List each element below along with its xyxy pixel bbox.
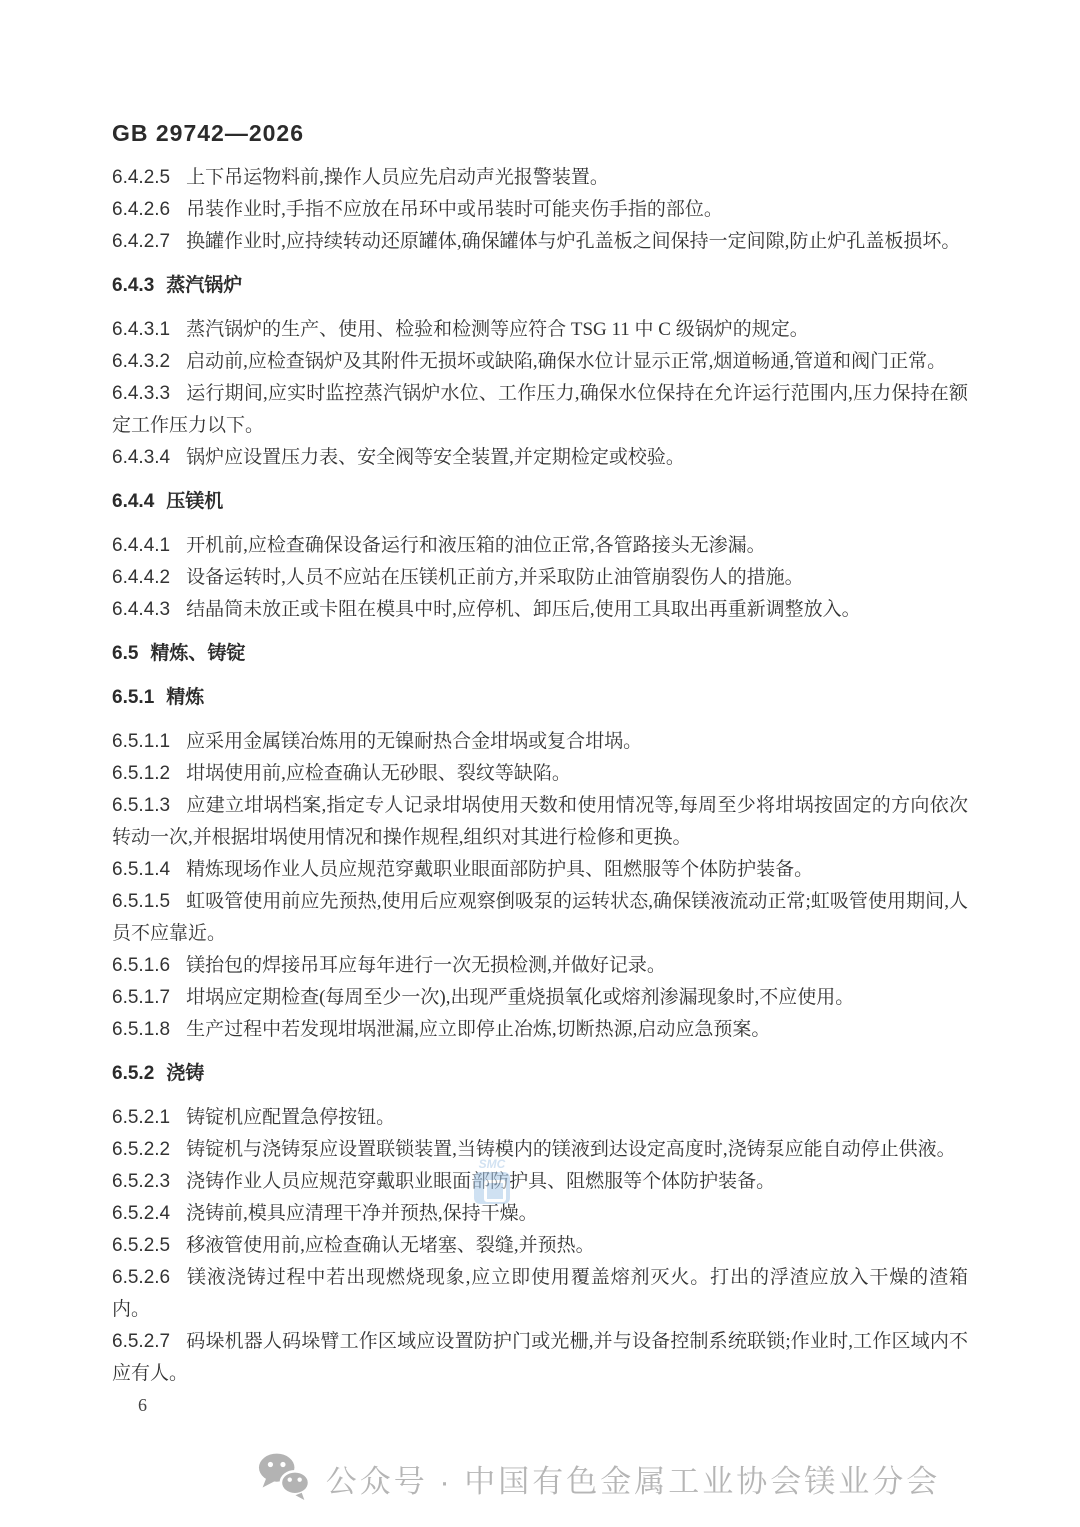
- clause-6.5.2.4: 6.5.2.4浇铸前,模具应清理干净并预热,保持干燥。: [112, 1198, 968, 1230]
- clause-text: 启动前,应检查锅炉及其附件无损坏或缺陷,确保水位计显示正常,烟道畅通,管道和阀门…: [186, 351, 946, 372]
- clause-text: 坩埚应定期检查(每周至少一次),出现严重烧损氧化或熔剂渗漏现象时,不应使用。: [186, 987, 854, 1008]
- clause-6.4.4.3: 6.4.4.3结晶筒未放正或卡阻在模具中时,应停机、卸压后,使用工具取出再重新调…: [112, 594, 968, 626]
- clause-6.5.1.3: 6.5.1.3应建立坩埚档案,指定专人记录坩埚使用天数和使用情况等,每周至少将坩…: [112, 790, 968, 854]
- clause-number: 6.5.2.2: [112, 1139, 186, 1160]
- clause-6.5.1.5: 6.5.1.5虹吸管使用前应先预热,使用后应观察倒吸泵的运转状态,确保镁液流动正…: [112, 886, 968, 950]
- clause-number: 6.5.1.4: [112, 859, 186, 880]
- clause-6.5.1.6: 6.5.1.6镁抬包的焊接吊耳应每年进行一次无损检测,并做好记录。: [112, 950, 968, 982]
- clause-number: 6.4.4: [112, 491, 166, 512]
- clause-6.5.2.1: 6.5.2.1铸锭机应配置急停按钮。: [112, 1102, 968, 1134]
- clause-6.5.1.1: 6.5.1.1应采用金属镁冶炼用的无镍耐热合金坩埚或复合坩埚。: [112, 726, 968, 758]
- clause-number: 6.5.2.5: [112, 1235, 186, 1256]
- clause-text: 锅炉应设置压力表、安全阀等安全装置,并定期检定或校验。: [186, 447, 685, 468]
- clause-text: 浇铸前,模具应清理干净并预热,保持干燥。: [186, 1203, 538, 1224]
- clause-text: 码垛机器人码垛臂工作区域应设置防护门或光栅,并与设备控制系统联锁;作业时,工作区…: [112, 1331, 968, 1384]
- clause-text: 应采用金属镁冶炼用的无镍耐热合金坩埚或复合坩埚。: [186, 731, 642, 752]
- clause-number: 6.5.1.2: [112, 763, 186, 784]
- clause-text: 精炼现场作业人员应规范穿戴职业眼面部防护具、阻燃服等个体防护装备。: [186, 859, 813, 880]
- wechat-icon: [256, 1452, 312, 1505]
- clause-number: 6.5.2.3: [112, 1171, 186, 1192]
- section-title: 浇铸: [166, 1063, 204, 1084]
- clause-number: 6.5.1.6: [112, 955, 186, 976]
- clause-text: 铸锭机应配置急停按钮。: [186, 1107, 395, 1128]
- wechat-footer: 公众号 · 中国有色金属工业协会镁业分会: [0, 1452, 1080, 1505]
- clause-number: 6.4.4.2: [112, 567, 186, 588]
- clause-text: 运行期间,应实时监控蒸汽锅炉水位、工作压力,确保水位保持在允许运行范围内,压力保…: [112, 383, 968, 436]
- section-title: 精炼、铸锭: [150, 643, 245, 664]
- clause-number: 6.5.1: [112, 687, 166, 708]
- clause-number: 6.5.2.7: [112, 1331, 186, 1352]
- clause-text: 吊装作业时,手指不应放在吊环中或吊装时可能夹伤手指的部位。: [186, 199, 723, 220]
- clause-number: 6.5.1.5: [112, 891, 186, 912]
- clause-6.4.3.3: 6.4.3.3运行期间,应实时监控蒸汽锅炉水位、工作压力,确保水位保持在允许运行…: [112, 378, 968, 442]
- clause-text: 移液管使用前,应检查确认无堵塞、裂缝,并预热。: [186, 1235, 595, 1256]
- clause-text: 浇铸作业人员应规范穿戴职业眼面部防护具、阻燃服等个体防护装备。: [186, 1171, 775, 1192]
- clause-number: 6.5.2.6: [112, 1267, 186, 1288]
- clause-text: 应建立坩埚档案,指定专人记录坩埚使用天数和使用情况等,每周至少将坩埚按固定的方向…: [112, 795, 968, 848]
- document-body: 6.4.2.5上下吊运物料前,操作人员应先启动声光报警装置。6.4.2.6吊装作…: [112, 162, 968, 1390]
- clause-number: 6.4.2.5: [112, 167, 186, 188]
- clause-number: 6.5.1.1: [112, 731, 186, 752]
- clause-text: 镁液浇铸过程中若出现燃烧现象,应立即使用覆盖熔剂灭火。打出的浮渣应放入干燥的渣箱…: [112, 1267, 968, 1320]
- clause-number: 6.5: [112, 643, 150, 664]
- clause-number: 6.5.2.4: [112, 1203, 186, 1224]
- section-title: 精炼: [166, 687, 204, 708]
- clause-6.4.3.1: 6.4.3.1蒸汽锅炉的生产、使用、检验和检测等应符合 TSG 11 中 C 级…: [112, 314, 968, 346]
- clause-number: 6.5.1.7: [112, 987, 186, 1008]
- clause-text: 生产过程中若发现坩埚泄漏,应立即停止冶炼,切断热源,启动应急预案。: [186, 1019, 770, 1040]
- clause-6.4.2.5: 6.4.2.5上下吊运物料前,操作人员应先启动声光报警装置。: [112, 162, 968, 194]
- clause-6.5.1.4: 6.5.1.4精炼现场作业人员应规范穿戴职业眼面部防护具、阻燃服等个体防护装备。: [112, 854, 968, 886]
- clause-number: 6.4.3.4: [112, 447, 186, 468]
- clause-text: 换罐作业时,应持续转动还原罐体,确保罐体与炉孔盖板之间保持一定间隙,防止炉孔盖板…: [186, 231, 960, 252]
- clause-6.5.1.2: 6.5.1.2坩埚使用前,应检查确认无砂眼、裂纹等缺陷。: [112, 758, 968, 790]
- clause-text: 设备运转时,人员不应站在压镁机正前方,并采取防止油管崩裂伤人的措施。: [186, 567, 804, 588]
- clause-text: 铸锭机与浇铸泵应设置联锁装置,当铸模内的镁液到达设定高度时,浇铸泵应能自动停止供…: [186, 1139, 956, 1160]
- clause-text: 虹吸管使用前应先预热,使用后应观察倒吸泵的运转状态,确保镁液流动正常;虹吸管使用…: [112, 891, 968, 944]
- section-heading-6.4.4: 6.4.4压镁机: [112, 486, 968, 518]
- clause-6.4.2.7: 6.4.2.7换罐作业时,应持续转动还原罐体,确保罐体与炉孔盖板之间保持一定间隙…: [112, 226, 968, 258]
- clause-6.5.2.2: 6.5.2.2铸锭机与浇铸泵应设置联锁装置,当铸模内的镁液到达设定高度时,浇铸泵…: [112, 1134, 968, 1166]
- section-heading-6.4.3: 6.4.3蒸汽锅炉: [112, 270, 968, 302]
- wechat-account-label: 公众号 · 中国有色金属工业协会镁业分会: [326, 1456, 941, 1501]
- clause-number: 6.5.2: [112, 1063, 166, 1084]
- clause-6.4.4.1: 6.4.4.1开机前,应检查确保设备运行和液压箱的油位正常,各管路接头无渗漏。: [112, 530, 968, 562]
- clause-6.4.3.4: 6.4.3.4锅炉应设置压力表、安全阀等安全装置,并定期检定或校验。: [112, 442, 968, 474]
- clause-6.5.1.7: 6.5.1.7坩埚应定期检查(每周至少一次),出现严重烧损氧化或熔剂渗漏现象时,…: [112, 982, 968, 1014]
- clause-6.5.1.8: 6.5.1.8生产过程中若发现坩埚泄漏,应立即停止冶炼,切断热源,启动应急预案。: [112, 1014, 968, 1046]
- page-number: 6: [112, 1390, 968, 1420]
- clause-number: 6.4.3.3: [112, 383, 186, 404]
- clause-number: 6.4.3: [112, 275, 166, 296]
- clause-number: 6.5.1.8: [112, 1019, 186, 1040]
- clause-6.4.2.6: 6.4.2.6吊装作业时,手指不应放在吊环中或吊装时可能夹伤手指的部位。: [112, 194, 968, 226]
- clause-text: 上下吊运物料前,操作人员应先启动声光报警装置。: [186, 167, 609, 188]
- clause-6.4.4.2: 6.4.4.2设备运转时,人员不应站在压镁机正前方,并采取防止油管崩裂伤人的措施…: [112, 562, 968, 594]
- clause-number: 6.4.4.3: [112, 599, 186, 620]
- clause-number: 6.4.3.1: [112, 319, 186, 340]
- section-title: 压镁机: [166, 491, 223, 512]
- standard-document-page: GB 29742—2026 6.4.2.5上下吊运物料前,操作人员应先启动声光报…: [0, 0, 1080, 1527]
- standard-code: GB 29742—2026: [112, 120, 968, 146]
- clause-number: 6.4.4.1: [112, 535, 186, 556]
- clause-number: 6.5.2.1: [112, 1107, 186, 1128]
- clause-6.5.2.6: 6.5.2.6镁液浇铸过程中若出现燃烧现象,应立即使用覆盖熔剂灭火。打出的浮渣应…: [112, 1262, 968, 1326]
- section-heading-6.5.2: 6.5.2浇铸: [112, 1058, 968, 1090]
- clause-6.4.3.2: 6.4.3.2启动前,应检查锅炉及其附件无损坏或缺陷,确保水位计显示正常,烟道畅…: [112, 346, 968, 378]
- clause-number: 6.4.3.2: [112, 351, 186, 372]
- clause-number: 6.5.1.3: [112, 795, 186, 816]
- clause-number: 6.4.2.6: [112, 199, 186, 220]
- clause-text: 坩埚使用前,应检查确认无砂眼、裂纹等缺陷。: [186, 763, 571, 784]
- clause-text: 镁抬包的焊接吊耳应每年进行一次无损检测,并做好记录。: [186, 955, 666, 976]
- clause-6.5.2.3: 6.5.2.3浇铸作业人员应规范穿戴职业眼面部防护具、阻燃服等个体防护装备。: [112, 1166, 968, 1198]
- clause-text: 结晶筒未放正或卡阻在模具中时,应停机、卸压后,使用工具取出再重新调整放入。: [186, 599, 861, 620]
- section-title: 蒸汽锅炉: [166, 275, 242, 296]
- clause-number: 6.4.2.7: [112, 231, 186, 252]
- clause-6.5.2.5: 6.5.2.5移液管使用前,应检查确认无堵塞、裂缝,并预热。: [112, 1230, 968, 1262]
- section-heading-6.5: 6.5精炼、铸锭: [112, 638, 968, 670]
- clause-text: 开机前,应检查确保设备运行和液压箱的油位正常,各管路接头无渗漏。: [186, 535, 766, 556]
- section-heading-6.5.1: 6.5.1精炼: [112, 682, 968, 714]
- clause-text: 蒸汽锅炉的生产、使用、检验和检测等应符合 TSG 11 中 C 级锅炉的规定。: [186, 319, 809, 340]
- clause-6.5.2.7: 6.5.2.7码垛机器人码垛臂工作区域应设置防护门或光栅,并与设备控制系统联锁;…: [112, 1326, 968, 1390]
